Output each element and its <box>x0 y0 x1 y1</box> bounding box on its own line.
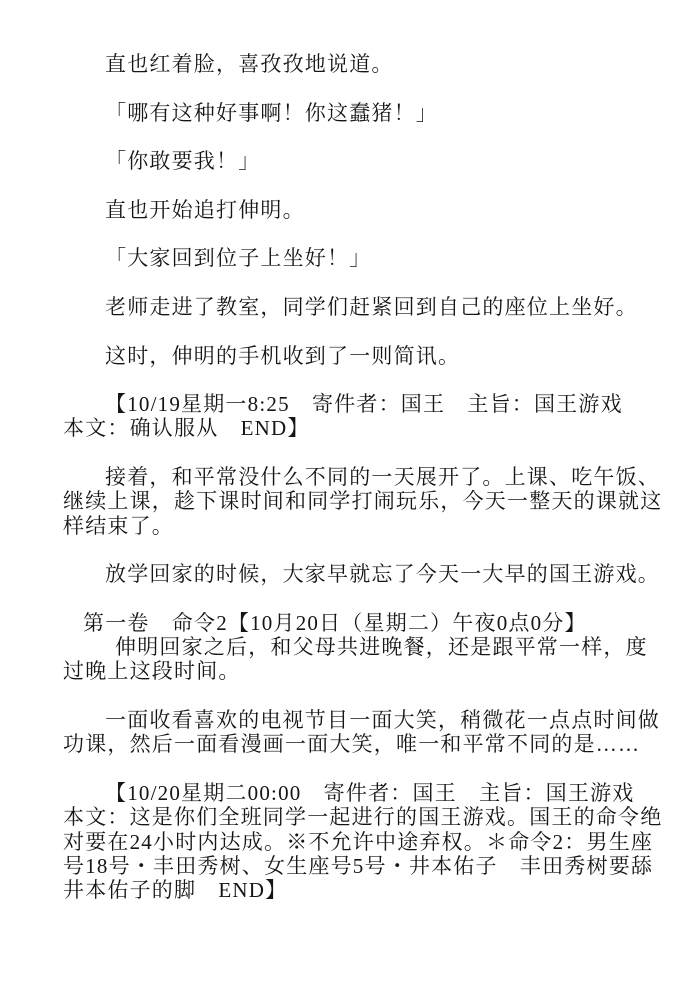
text-line: 伸明回家之后，和父母共进晚餐，还是跟平常一样，度 <box>63 635 663 659</box>
text-line: 「哪有这种好事啊！你这蠢猪！」 <box>63 101 663 125</box>
paragraph: 「你敢要我！」 <box>63 149 663 173</box>
text-line: 【10/20星期二00:00 寄件者：国王 主旨：国王游戏 <box>63 781 663 805</box>
text-line: 一面收看喜欢的电视节目一面大笑，稍微花一点点时间做 <box>63 708 663 732</box>
text-line: 井本佑子的脚 END】 <box>63 878 663 902</box>
paragraph: 直也红着脸，喜孜孜地说道。 <box>63 52 663 76</box>
paragraph: 接着，和平常没什么不同的一天展开了。上课、吃午饭、继续上课，趁下课时间和同学打闹… <box>63 465 663 538</box>
sms-message-block: 【10/19星期一8:25 寄件者：国王 主旨：国王游戏本文：确认服从 END】 <box>63 392 663 441</box>
paragraph: 老师走进了教室，同学们赶紧回到自己的座位上坐好。 <box>63 295 663 319</box>
paragraph: 伸明回家之后，和父母共进晚餐，还是跟平常一样，度过晚上这段时间。 <box>63 635 663 684</box>
section-header: 第一卷 命令2【10月20日（星期二）午夜0点0分】 <box>63 611 663 635</box>
paragraph: 这时，伸明的手机收到了一则简讯。 <box>63 344 663 368</box>
text-line: 对要在24小时内达成。※不允许中途弃权。＊命令2：男生座 <box>63 830 663 854</box>
paragraph: 「哪有这种好事啊！你这蠢猪！」 <box>63 101 663 125</box>
text-line: 直也开始追打伸明。 <box>63 198 663 222</box>
text-line: 本文：确认服从 END】 <box>63 416 663 440</box>
text-line: 「大家回到位子上坐好！」 <box>63 246 663 270</box>
text-line: 样结束了。 <box>63 514 663 538</box>
text-line: 直也红着脸，喜孜孜地说道。 <box>63 52 663 76</box>
paragraph: 「大家回到位子上坐好！」 <box>63 246 663 270</box>
text-line: 功课，然后一面看漫画一面大笑，唯一和平常不同的是…… <box>63 732 663 756</box>
text-line: 放学回家的时候，大家早就忘了今天一大早的国王游戏。 <box>63 562 663 586</box>
paragraph: 一面收看喜欢的电视节目一面大笑，稍微花一点点时间做功课，然后一面看漫画一面大笑，… <box>63 708 663 757</box>
text-line: 第一卷 命令2【10月20日（星期二）午夜0点0分】 <box>63 611 663 635</box>
text-line: 继续上课，趁下课时间和同学打闹玩乐，今天一整天的课就这 <box>63 489 663 513</box>
text-line: 号18号・丰田秀树、女生座号5号・井本佑子 丰田秀树要舔 <box>63 854 663 878</box>
text-line: 老师走进了教室，同学们赶紧回到自己的座位上坐好。 <box>63 295 663 319</box>
text-line: 过晚上这段时间。 <box>63 659 663 683</box>
paragraph: 放学回家的时候，大家早就忘了今天一大早的国王游戏。 <box>63 562 663 586</box>
text-line: 接着，和平常没什么不同的一天展开了。上课、吃午饭、 <box>63 465 663 489</box>
text-line: 「你敢要我！」 <box>63 149 663 173</box>
document-page: 直也红着脸，喜孜孜地说道。「哪有这种好事啊！你这蠢猪！」「你敢要我！」直也开始追… <box>0 0 700 992</box>
paragraph: 直也开始追打伸明。 <box>63 198 663 222</box>
text-line: 这时，伸明的手机收到了一则简讯。 <box>63 344 663 368</box>
sms-message-block: 【10/20星期二00:00 寄件者：国王 主旨：国王游戏本文：这是你们全班同学… <box>63 781 663 902</box>
text-line: 【10/19星期一8:25 寄件者：国王 主旨：国王游戏 <box>63 392 663 416</box>
text-line: 本文：这是你们全班同学一起进行的国王游戏。国王的命令绝 <box>63 805 663 829</box>
